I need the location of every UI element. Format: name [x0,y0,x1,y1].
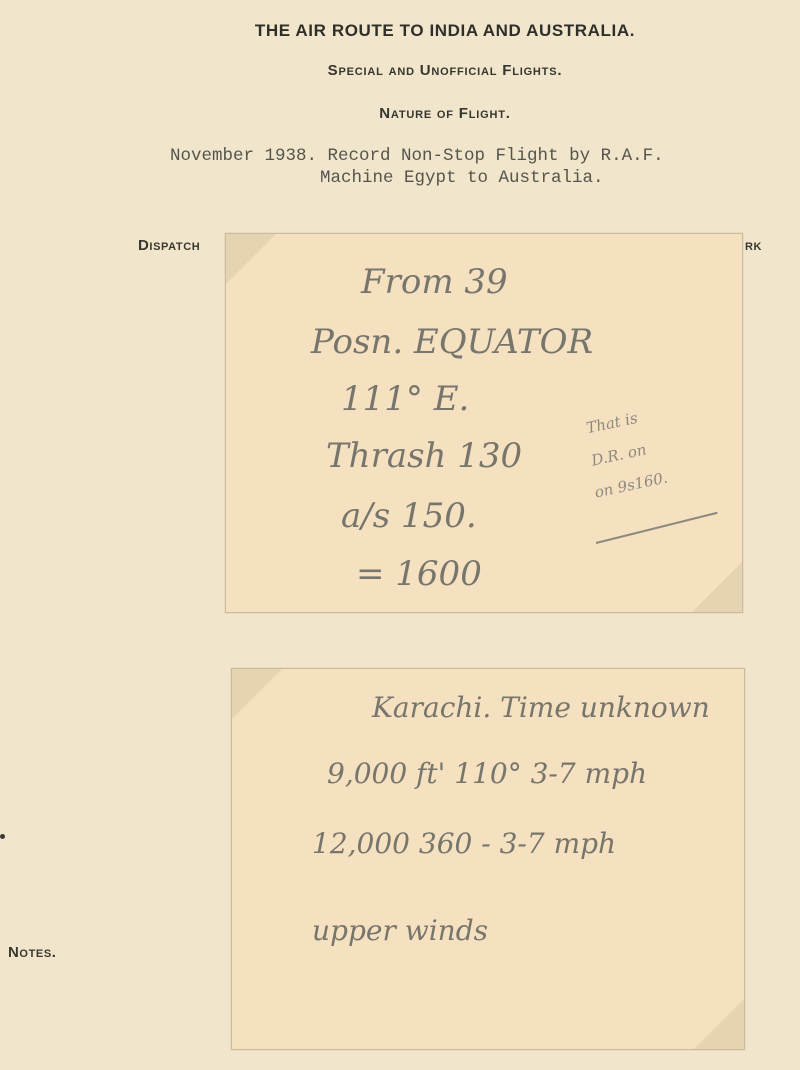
message-card-2: Karachi. Time unknown 9,000 ft' 110° 3-7… [231,668,745,1050]
nature-of-flight-heading: Nature of Flight. [0,105,800,122]
card1-line: Posn. EQUATOR [311,322,593,362]
card1-line: = 1600 [356,554,482,594]
dispatch-label: Dispatch [138,237,200,254]
card1-side-note: on 9s160. [593,468,669,501]
card2-line: 9,000 ft' 110° 3-7 mph [327,757,647,790]
card1-line: a/s 150. [341,496,477,536]
card1-line: From 39 [361,262,508,302]
flight-description-line2: Machine Egypt to Australia. [170,168,604,188]
card1-line: Thrash 130 [326,436,522,476]
message-card-1: From 39 Posn. EQUATOR 111° E. Thrash 130… [225,233,743,613]
photo-corner-bottom-right [692,562,742,612]
photo-corner-top-left [226,234,276,284]
page-subtitle: Special and Unofficial Flights. [0,62,800,79]
side-note-underline [596,512,718,544]
card2-line: Karachi. Time unknown [372,691,710,724]
flight-description-line1: November 1938. Record Non-Stop Flight by… [170,146,664,166]
card1-side-note: D.R. on [590,440,648,469]
card2-line: upper winds [312,914,488,947]
photo-corner-top-left [232,669,282,719]
flight-description: November 1938. Record Non-Stop Flight by… [170,145,790,189]
page-title: THE AIR ROUTE TO INDIA AND AUSTRALIA. [0,21,800,41]
card2-line: 12,000 360 - 3-7 mph [312,827,616,860]
card1-side-note: That is [585,409,640,437]
card1-line: 111° E. [341,379,469,419]
photo-corner-bottom-right [694,999,744,1049]
notes-label: Notes. [8,944,57,961]
page-mark [0,834,5,839]
postmark-label-partial: rk [745,237,762,254]
